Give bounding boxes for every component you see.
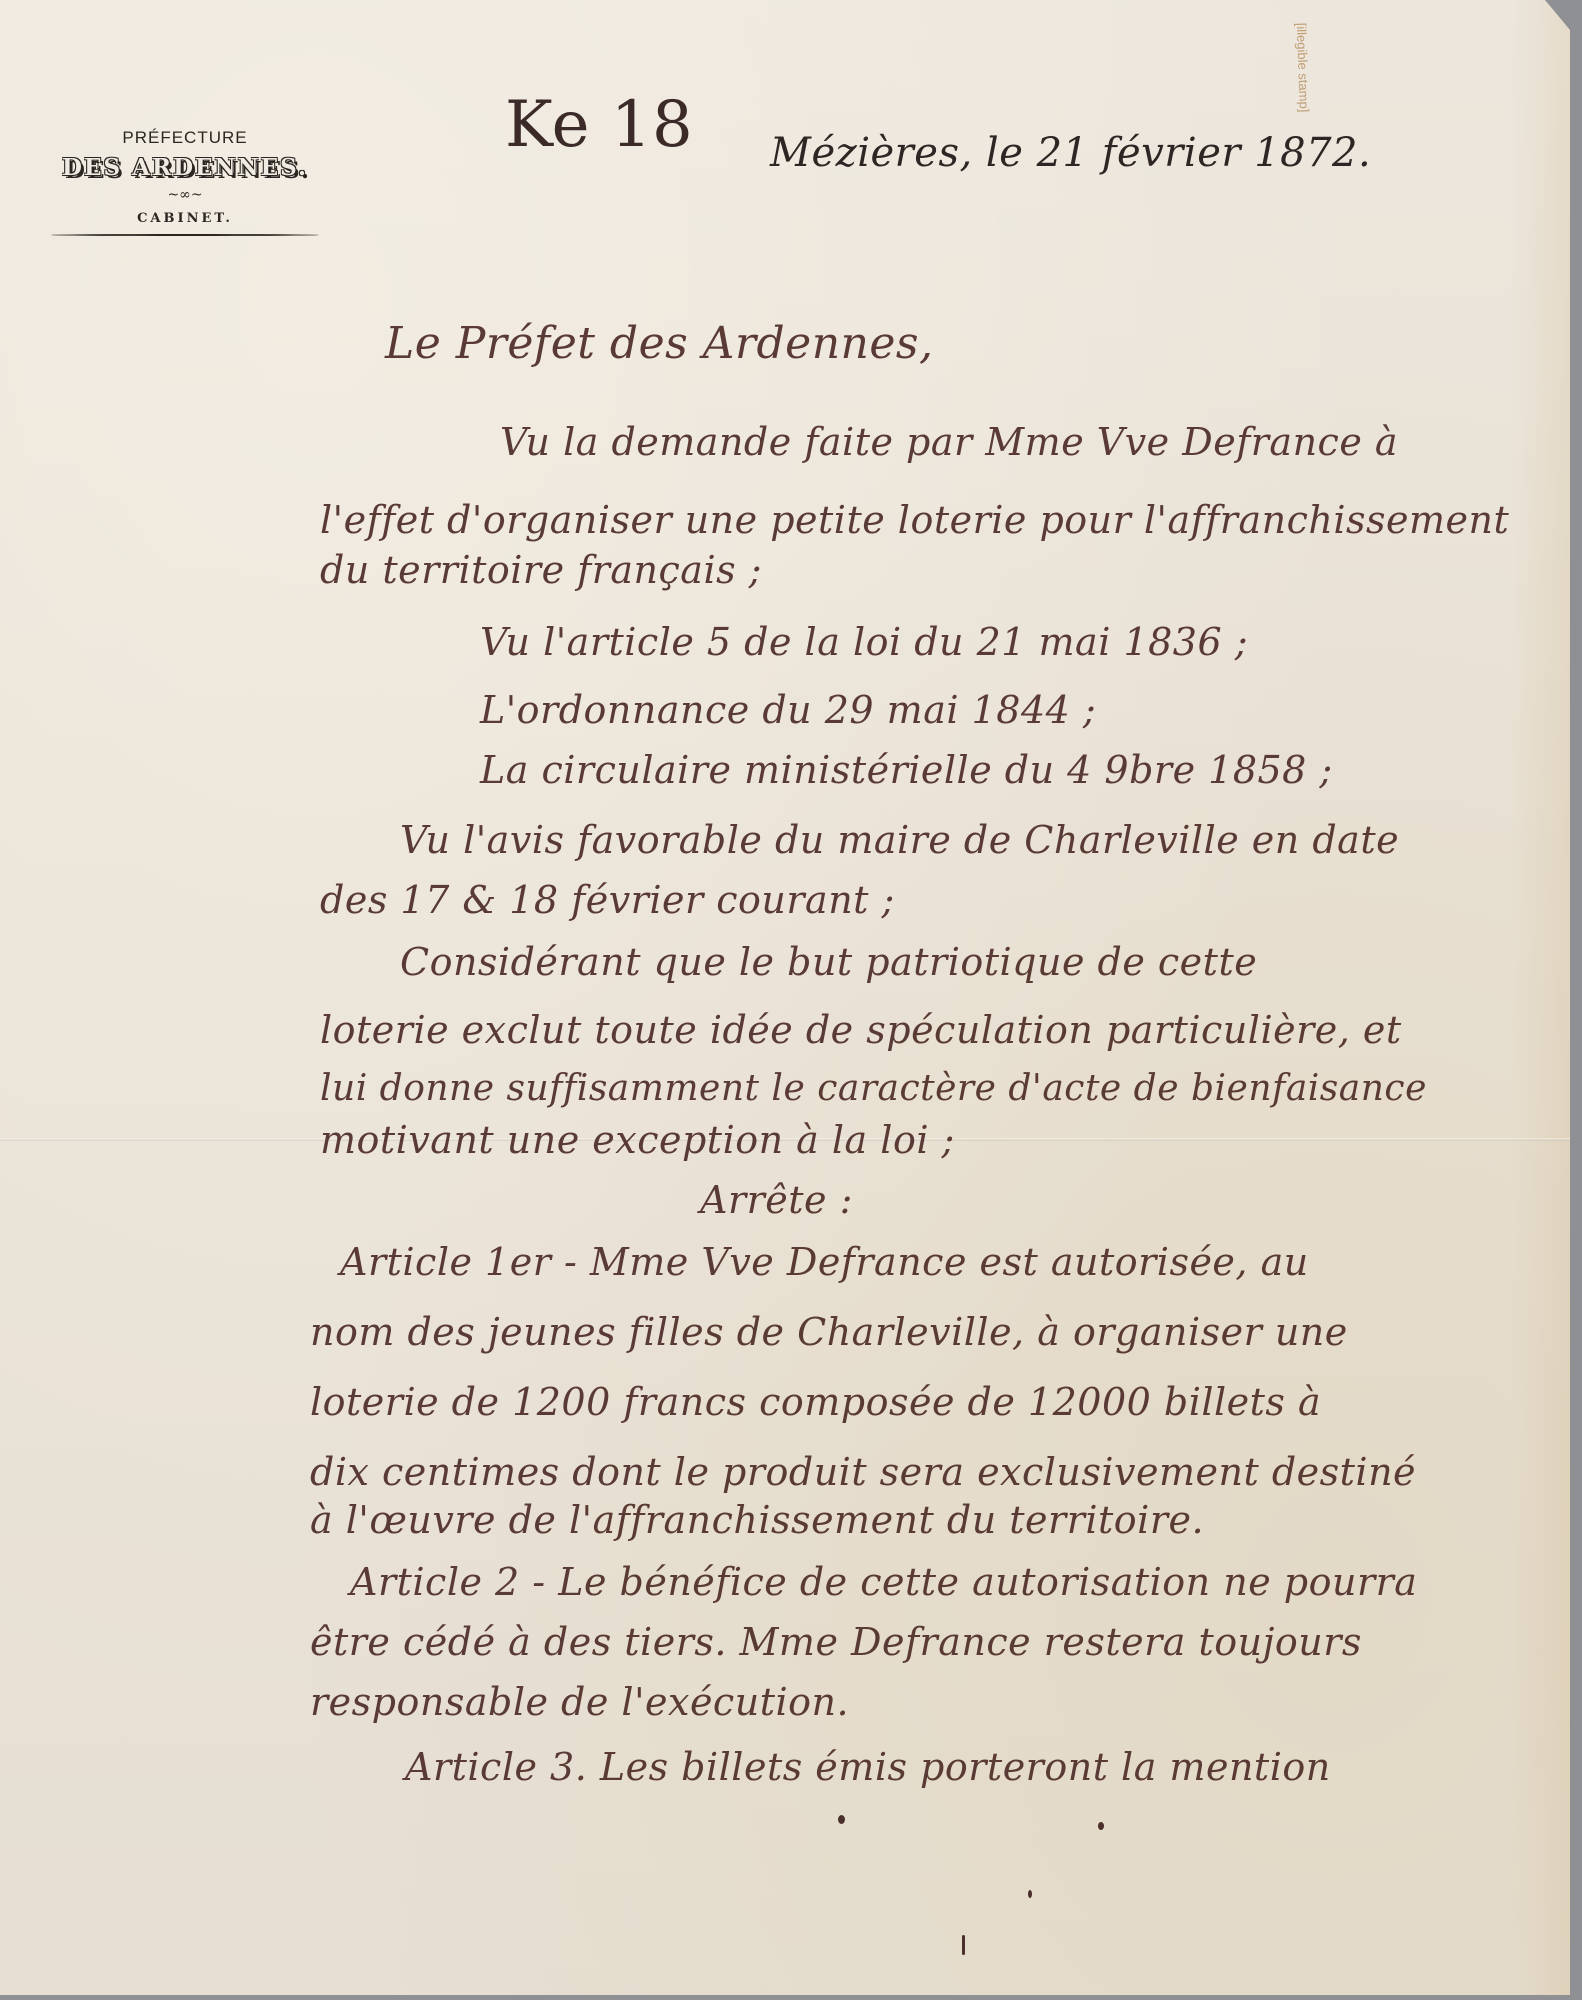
body-line: Vu l'avis favorable du maire de Charlevi… [400, 818, 1399, 862]
body-line: motivant une exception à la loi ; [320, 1118, 955, 1162]
ink-mark [962, 1935, 965, 1955]
body-line: des 17 & 18 février courant ; [320, 878, 895, 922]
ink-blot [1028, 1890, 1032, 1898]
body-line: Considérant que le but patriotique de ce… [400, 940, 1257, 984]
body-line: du territoire français ; [320, 548, 762, 592]
body-line: L'ordonnance du 29 mai 1844 ; [480, 688, 1096, 732]
article-1-line: à l'œuvre de l'affranchissement du terri… [310, 1498, 1204, 1542]
article-1-line: loterie de 1200 francs composée de 12000… [310, 1380, 1321, 1424]
letterhead-prefecture: PRÉFECTURE [50, 128, 320, 148]
letterhead-rule [51, 234, 319, 236]
ink-blot [1098, 1822, 1104, 1830]
body-line: Vu l'article 5 de la loi du 21 mai 1836 … [480, 620, 1248, 664]
body-line: Vu la demande faite par Mme Vve Defrance… [500, 420, 1398, 464]
letterhead: PRÉFECTURE DES ARDENNES. ~∞~ CABINET. [50, 128, 320, 236]
article-2-line: responsable de l'exécution. [310, 1680, 849, 1724]
article-1-line: Article 1er - Mme Vve Defrance est autor… [340, 1240, 1309, 1284]
ornament-icon: ~∞~ [50, 187, 320, 203]
document-heading: Le Préfet des Ardennes, [385, 318, 933, 369]
body-line: La circulaire ministérielle du 4 9bre 18… [480, 748, 1333, 792]
body-line: lui donne suffisamment le caractère d'ac… [320, 1068, 1427, 1109]
archive-stamp: [illegible stamp] [1294, 22, 1312, 112]
document-page: PRÉFECTURE DES ARDENNES. ~∞~ CABINET. Ke… [0, 0, 1570, 1995]
letterhead-department: DES ARDENNES. [50, 154, 320, 181]
article-3-line: Article 3. Les billets émis porteront la… [405, 1745, 1331, 1789]
body-line: loterie exclut toute idée de spéculation… [320, 1008, 1402, 1052]
article-1-line: nom des jeunes filles de Charleville, à … [310, 1310, 1348, 1354]
article-1-line: dix centimes dont le produit sera exclus… [310, 1450, 1416, 1494]
body-line: l'effet d'organiser une petite loterie p… [320, 498, 1509, 542]
edge-stain [1510, 0, 1570, 1995]
article-2-line: Article 2 - Le bénéfice de cette autoris… [350, 1560, 1417, 1604]
archive-reference: Ke 18 [505, 88, 693, 162]
ink-blot [838, 1815, 845, 1824]
dateline: Mézières, le 21 février 1872. [770, 130, 1371, 176]
letterhead-cabinet: CABINET. [50, 211, 320, 226]
arrete-heading: Arrête : [700, 1178, 853, 1222]
article-2-line: être cédé à des tiers. Mme Defrance rest… [310, 1620, 1362, 1664]
